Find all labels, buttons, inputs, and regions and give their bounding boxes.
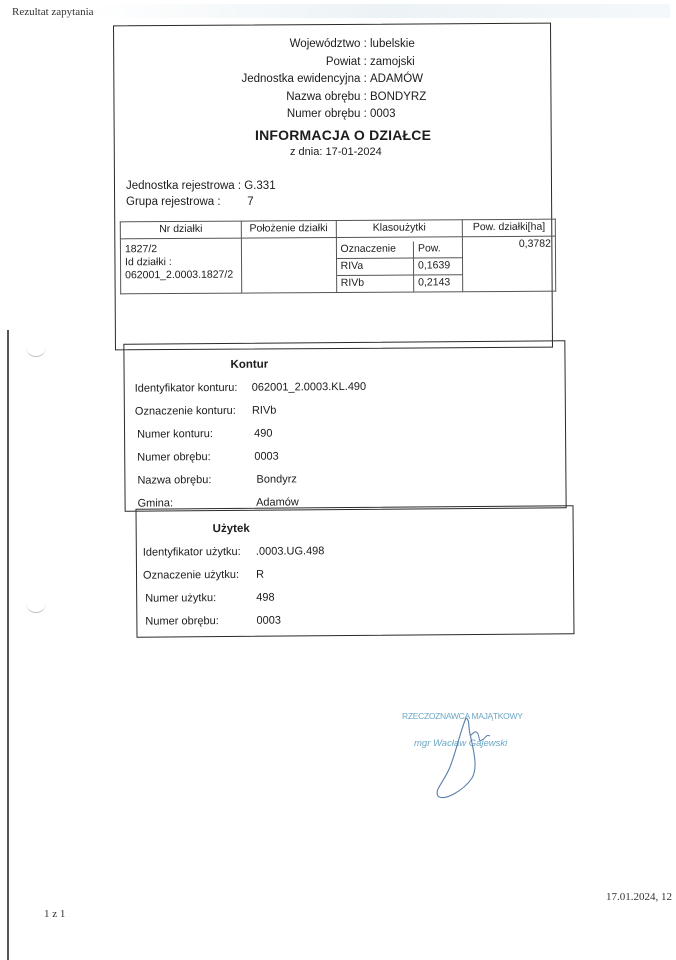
col-land-classes: Klasoużytki [336,220,463,238]
punch-hole-icon [26,602,46,613]
table-row: RIVa 0,1639 [337,258,463,276]
uzytek-field: Numer obrębu: 0003 [145,615,281,628]
uzytek-field: Oznaczenie użytku: R [143,569,264,582]
kontur-field: Numer obrębu: 0003 [137,451,279,464]
kontur-field: Numer konturu: 490 [137,428,273,441]
scan-binder-edge [7,330,9,960]
land-classes-cell: Oznaczenie Pow. RIVa 0,1639 RIVb 0,2143 [336,237,463,293]
uzytek-field: Numer użytku: 498 [145,592,275,605]
kontur-field: Oznaczenie konturu: RIVb [135,405,277,418]
table-row: 1827/2 Id działki : 062001_2.0003.1827/2… [120,236,555,294]
header-field-county: Powiat : zamojski [326,54,450,72]
col-location: Położenie działki [241,221,336,239]
header-field-voivodeship: Województwo : lubelskie [290,36,450,54]
uzytek-title: Użytek [213,523,250,535]
print-timestamp: 17.01.2024, 12 [606,891,672,903]
total-area-cell: 0,3782 [463,236,556,292]
document-date: z dnia: 17-01-2024 [290,146,382,158]
parcel-table: Nr działki Położenie działki Klasoużytki… [120,219,556,295]
kontur-section: Kontur Identyfikator konturu: 062001_2.0… [123,340,566,511]
header-field-unit: Jednostka ewidencyjna : ADAMÓW [241,71,450,89]
document-title: INFORMACJA O DZIAŁCE [255,127,431,143]
header-field-precinct-name: Nazwa obrębu : BONDYRZ [286,89,450,107]
registry-group: Grupa rejestrowa : 7 [126,194,254,210]
kontur-title: Kontur [230,359,268,371]
kontur-field: Identyfikator konturu: 062001_2.0003.KL.… [135,381,367,395]
uzytek-field: Identyfikator użytku: .0003.UG.498 [143,545,325,558]
scan-smudge [90,4,670,18]
parcel-number-cell: 1827/2 Id działki : 062001_2.0003.1827/2 [120,238,241,294]
location-header: Województwo : lubelskie Powiat : zamojsk… [230,36,450,126]
page-header: Rezultat zapytania [12,6,94,18]
table-row: RIVb 0,2143 [337,275,463,292]
signature-icon [420,712,520,812]
registry-unit: Jednostka rejestrowa : G.331 [126,178,276,194]
punch-hole-icon [26,346,46,357]
land-classes-table: Oznaczenie Pow. RIVa 0,1639 RIVb 0,2143 [336,241,462,292]
location-cell [241,238,336,294]
header-field-precinct-number: Numer obrębu : 0003 [287,106,450,124]
uzytek-section: Użytek Identyfikator użytku: .0003.UG.49… [136,505,575,637]
col-area: Pow. działki[ha] [463,219,556,237]
col-parcel-number: Nr działki [120,221,241,239]
kontur-field: Nazwa obrębu: Bondyrz [137,473,297,486]
page-counter: 1 z 1 [44,908,65,920]
